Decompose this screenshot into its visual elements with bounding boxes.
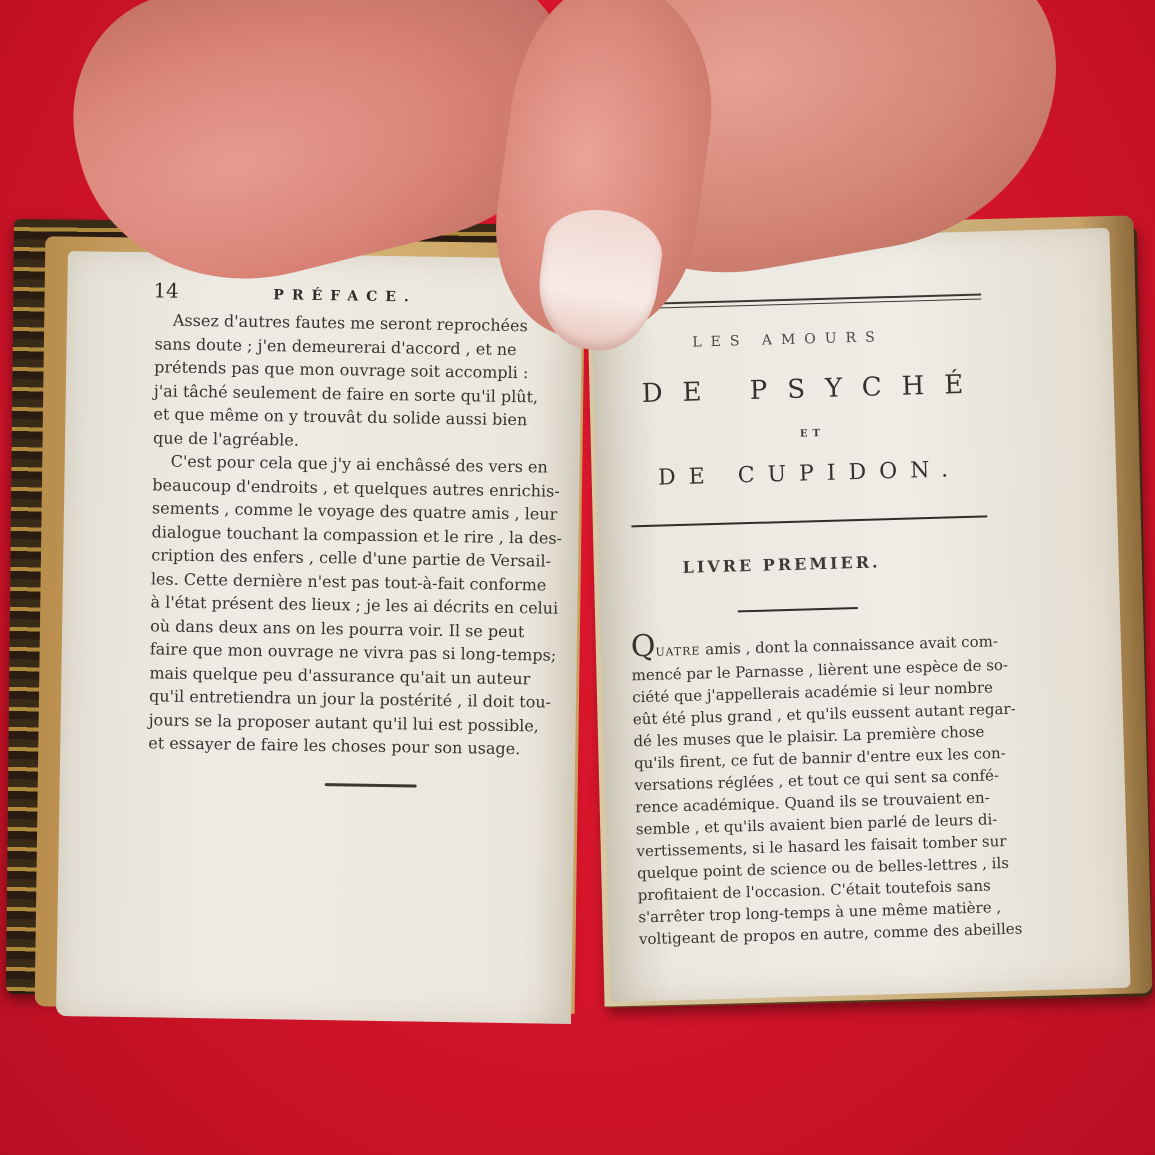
title-et: ET [800,428,825,440]
title-de-cupidon: DE CUPIDON. [658,457,962,490]
left-page-preface: 14 PRÉFACE. Assez d'autres fautes me ser… [56,251,583,1024]
preface-text: Assez d'autres fautes me seront reproché… [148,308,565,761]
page-number: 14 [153,278,193,303]
small-caps-word: UATRE [655,644,700,658]
heading-short-rule [738,607,858,612]
text-line: et essayer de faire les choses pour son … [148,731,559,761]
title-divider-rule [631,515,987,527]
end-ornament-rule [325,783,417,787]
title-les-amours: LES AMOURS [692,329,884,350]
running-title: PRÉFACE. [273,287,417,305]
title-de-psyche: DE PSYCHÉ [641,369,983,409]
drop-cap: Q [630,629,656,665]
right-page-title: LES AMOURS DE PSYCHÉ ET DE CUPIDON. LIVR… [589,228,1130,1002]
chapter-text: QUATRE amis , dont la connaissance avait… [631,627,1023,951]
book-heading: LIVRE PREMIER. [682,552,880,577]
photo-scene: 14 PRÉFACE. Assez d'autres fautes me ser… [0,0,1155,1155]
